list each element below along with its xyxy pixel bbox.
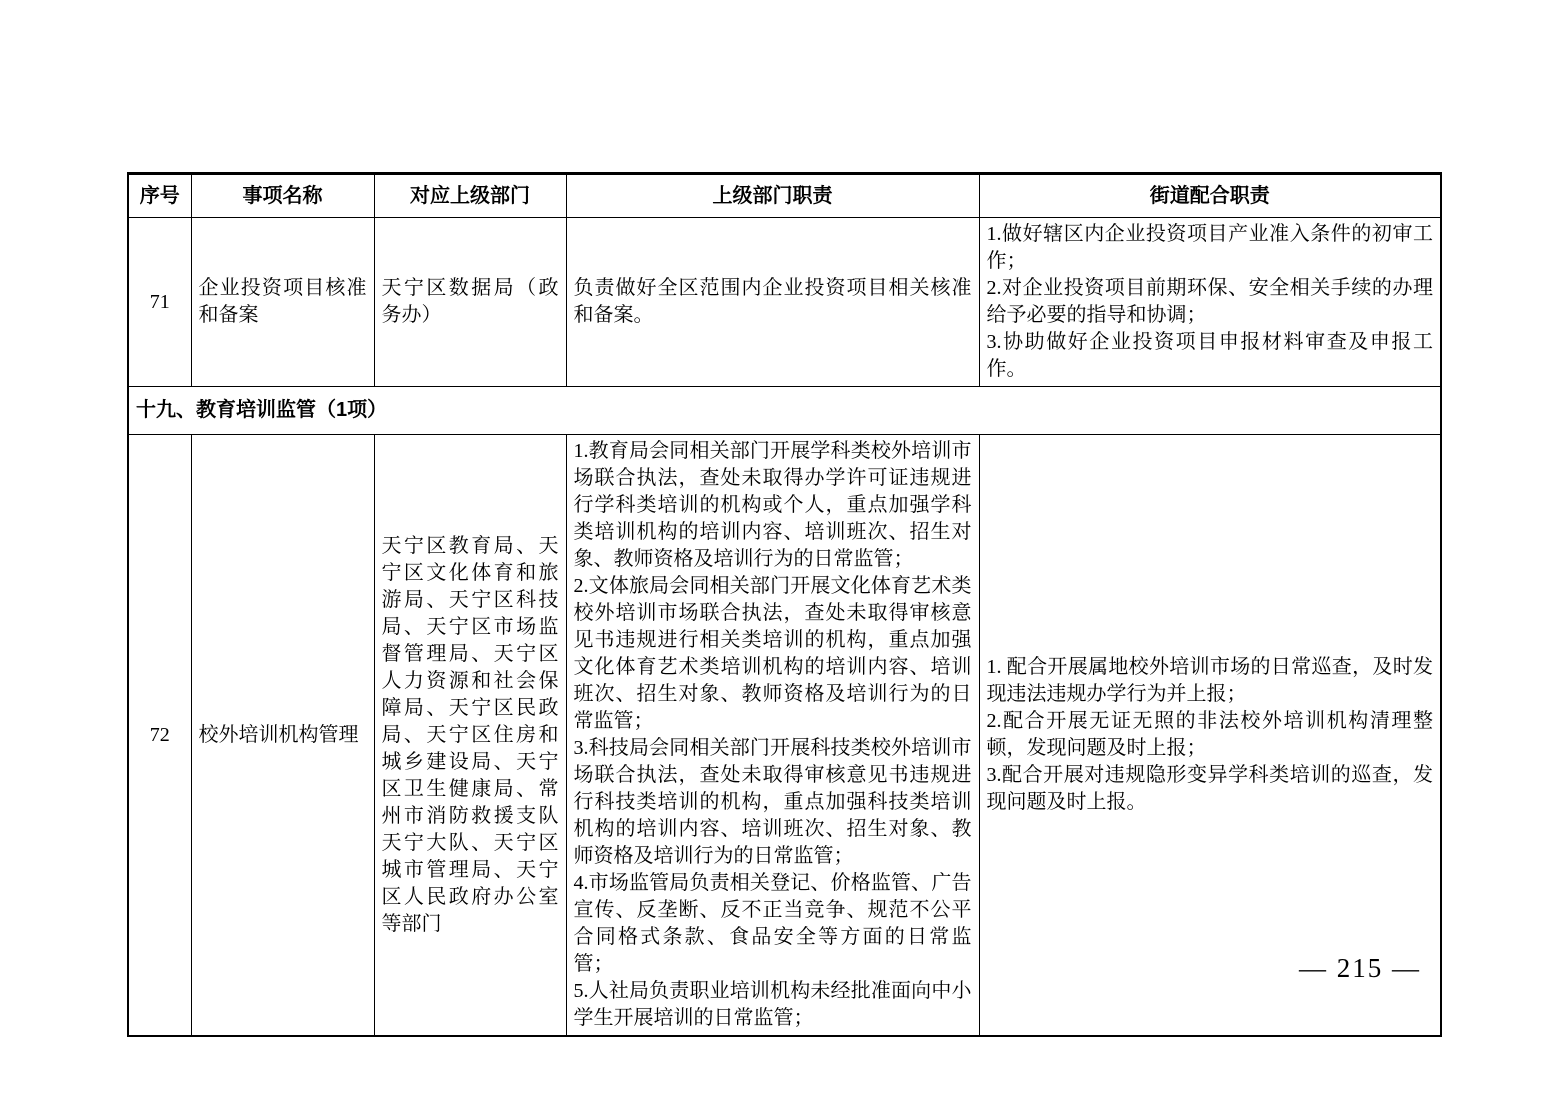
table-row-72: 72 校外培训机构管理 天宁区教育局、天宁区文化体育和旅游局、天宁区科技局、天宁… [128, 435, 1441, 1037]
section-title: 十九、教育培训监管（1项） [128, 387, 1441, 435]
row-72-street-duties: 1. 配合开展属地校外培训市场的日常巡查，及时发现违法违规办学行为并上报； 2.… [979, 435, 1441, 1037]
column-header-name: 事项名称 [191, 174, 374, 218]
document-page: 序号 事项名称 对应上级部门 上级部门职责 街道配合职责 71 企业投资项目核准… [0, 0, 1559, 1102]
duties-table: 序号 事项名称 对应上级部门 上级部门职责 街道配合职责 71 企业投资项目核准… [127, 172, 1442, 1037]
section-header-row: 十九、教育培训监管（1项） [128, 387, 1441, 435]
row-71-department: 天宁区数据局（政务办） [374, 218, 566, 387]
row-72-department: 天宁区教育局、天宁区文化体育和旅游局、天宁区科技局、天宁区市场监督管理局、天宁区… [374, 435, 566, 1037]
table-row-71: 71 企业投资项目核准和备案 天宁区数据局（政务办） 负责做好全区范围内企业投资… [128, 218, 1441, 387]
column-header-superior-duties: 上级部门职责 [566, 174, 979, 218]
page-number: — 215 — [1285, 953, 1435, 984]
table-header-row: 序号 事项名称 对应上级部门 上级部门职责 街道配合职责 [128, 174, 1441, 218]
column-header-seq: 序号 [128, 174, 191, 218]
row-72-superior-duties: 1.教育局会同相关部门开展学科类校外培训市场联合执法，查处未取得办学许可证违规进… [566, 435, 979, 1037]
column-header-department: 对应上级部门 [374, 174, 566, 218]
row-72-seq: 72 [128, 435, 191, 1037]
row-71-seq: 71 [128, 218, 191, 387]
row-71-superior-duties: 负责做好全区范围内企业投资项目相关核准和备案。 [566, 218, 979, 387]
row-71-item-name: 企业投资项目核准和备案 [191, 218, 374, 387]
column-header-street-duties: 街道配合职责 [979, 174, 1441, 218]
row-71-street-duties: 1.做好辖区内企业投资项目产业准入条件的初审工作； 2.对企业投资项目前期环保、… [979, 218, 1441, 387]
row-72-item-name: 校外培训机构管理 [191, 435, 374, 1037]
